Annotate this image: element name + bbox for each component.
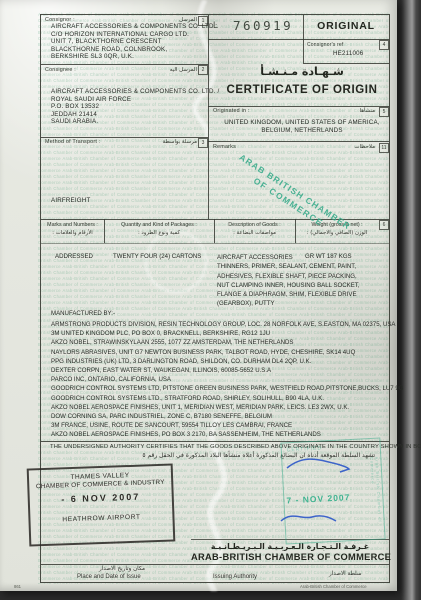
goods-header-description-en: Description of Goods : [214, 222, 295, 228]
text-line: NUT CLAMPING INNER, HOUSING BALL SOCKET, [217, 281, 360, 290]
text-line: FLANGE & DIAPHRAGM, SHIM, FLEXIBLE DRIVE [217, 290, 360, 299]
signature-top [283, 453, 353, 475]
goods-weight-value: GR WT 187 KGS [305, 253, 352, 260]
consignee-top-rule [41, 64, 208, 65]
footer-top-rule [41, 564, 389, 565]
consignee-label-arabic: المرسل اليه [170, 67, 197, 73]
stamp-line4: HEATHROW AIRPORT [30, 513, 172, 525]
originated-in-label-arabic: منشأها [360, 108, 375, 114]
transport-value: AIRFREIGHT [51, 197, 90, 205]
serial-prefix: Ŀ [213, 20, 218, 30]
text-line: P.O. BOX 13532 [51, 103, 219, 111]
consignor-ref-label: Consignor's ref [307, 42, 343, 48]
goods-header-marks-ar: الأرقام والعلامات : [41, 230, 104, 236]
text-line: AIRCRAFT ACCESSORIES & COMPONENTS CO. LT… [51, 23, 216, 31]
goods-header-description: Description of Goods : مواصفات البضاعة : [214, 222, 295, 236]
certificate-title-arabic: شـهـادة مـنـشـأ [215, 65, 389, 78]
goods-header-description-ar: مواصفات البضاعة : [214, 230, 295, 236]
original-label: ORIGINAL [303, 20, 389, 32]
text-line: BELGIUM, NETHERLANDS [215, 127, 389, 135]
text-line: BERKSHIRE SL3 0QR, U.K. [51, 53, 216, 61]
text-line: AIRCRAFT ACCESSORIES & COMPONENTS CO. LT… [51, 88, 219, 96]
text-line: 3M FRANCE, USINE, ROUTE DE SANCOURT, 595… [51, 421, 403, 430]
box-number-2: 2 [198, 65, 208, 75]
goods-header-quantity-ar: كمية ونوع الطرود : [104, 230, 214, 236]
text-line: PARCO INC, ONTARIO, CALIFORNIA, USA [51, 375, 403, 384]
stamp-date: - 6 NOV 2007 [30, 491, 172, 506]
text-line: BLACKTHORNE ROAD, COLNBROOK, [51, 46, 216, 54]
goods-header-quantity-en: Quantity and Kind of Packages : [104, 222, 214, 228]
originated-bottom-rule [208, 141, 389, 142]
green-stamp-header: CERTIFIED [287, 442, 380, 453]
originated-in-countries: UNITED KINGDOM, UNITED STATES OF AMERICA… [215, 119, 389, 134]
text-line: UNITED KINGDOM, UNITED STATES OF AMERICA… [215, 119, 389, 127]
box-number-3: 3 [198, 138, 208, 148]
consignee-address: AIRCRAFT ACCESSORIES & COMPONENTS CO. LT… [51, 88, 219, 126]
goods-quantity-value: TWENTY FOUR (24) CARTONS [113, 253, 201, 260]
text-line: DEXTER CORPN, EAST WATER ST, WAUKEGAN, I… [51, 366, 403, 375]
text-line: C/O HORIZON INTERNATIONAL CARGO LTD. [51, 31, 216, 39]
text-line: 3M UNITED KINGDOM PLC, PO BOX 0, BRACKNE… [51, 329, 403, 338]
serial-row-divider [208, 39, 389, 40]
text-line: AKZO NOBEL AEROSPACE FINISHES, UNIT 1, M… [51, 403, 403, 412]
serial-number: 760919 [233, 18, 293, 33]
green-stamp-edge-text: Arab-British Chamber of Commerce [369, 457, 383, 539]
text-line: THINNERS, PRIMER, SEALANT, CEMENT, PAINT… [217, 262, 360, 271]
goods-header-marks-en: Marks and Numbers : [41, 222, 104, 228]
text-line: NAYLORS ABRASIVES, UNIT G7 NEWTON BUSINE… [51, 348, 403, 357]
consignor-ref-value: HE211006 [333, 50, 363, 58]
consignee-label: Consignee : [45, 67, 76, 73]
certificate-title: CERTIFICATE OF ORIGIN [215, 84, 389, 96]
text-line: GOODRICH CONTROL SYSTEMS LTD, PITSTONE G… [51, 384, 403, 393]
text-line: ADHESIVES, FLEXIBLE SHAFT, PIECE PACKING… [217, 272, 360, 281]
consignor-address: AIRCRAFT ACCESSORIES & COMPONENTS CO. LT… [51, 23, 216, 61]
text-line: ARMSTRONG PRODUCTS DIVISION, RESIN TECHN… [51, 320, 403, 329]
transport-label-arabic: مرسلة بواسطة [163, 139, 197, 145]
transport-label: Method of Transport : [45, 139, 100, 145]
goods-header-marks: Marks and Numbers : الأرقام والعلامات : [41, 222, 104, 236]
issuer-name: ARAB-BRITISH CHAMBER OF COMMERCE [191, 552, 389, 562]
goods-header-quantity: Quantity and Kind of Packages : كمية ونو… [104, 222, 214, 236]
issuing-authority-label-arabic: سلطة الاصدار [329, 571, 362, 577]
remarks-label-arabic: ملاحظات [354, 144, 375, 150]
box-number-11: 11 [379, 143, 389, 153]
text-line: GOODRICH CONTROL SYSTEMS LTD., STRATFORD… [51, 394, 403, 403]
text-line: DOW CORNING SA, PARC INDUSTRIEL, ZONE C,… [51, 412, 403, 421]
green-stamp-date: 7 - NOV 2007 [286, 490, 382, 505]
text-line: AKZO NOBEL, STRAWINSKYLAAN 2555, 1077 ZZ… [51, 338, 403, 347]
text-line: SAUDI ARABIA. [51, 118, 219, 126]
text-line: PPG INDUSTRIES (UK) LTD, 3 DARLINGTON RO… [51, 357, 403, 366]
goods-marks-value: ADDRESSED [55, 253, 93, 260]
goods-header-bottom-rule [41, 243, 389, 244]
place-date-label: Place and Date of Issue [77, 574, 141, 580]
text-line: UNIT 7, BLACKTHORNE CRESCENT [51, 38, 216, 46]
place-date-label-arabic: مكان وتاريخ الاصدار [99, 566, 145, 572]
thames-valley-chamber-stamp: THAMES VALLEY CHAMBER OF COMMERCE & INDU… [27, 463, 176, 546]
issuing-authority-label: Issuing Authority [213, 574, 257, 580]
manufacturers-list: ARMSTRONG PRODUCTS DIVISION, RESIN TECHN… [51, 320, 403, 440]
text-line: (GEARBOX), PUTTY [217, 299, 360, 308]
transport-top-rule [41, 137, 208, 138]
text-line: JEDDAH 21414 [51, 111, 219, 119]
goods-description: AIRCRAFT ACCESSORIESTHINNERS, PRIMER, SE… [217, 253, 360, 309]
originated-top-rule [208, 106, 389, 107]
text-line: ROYAL SAUDI AIR FORCE [51, 96, 219, 104]
manufactured-by-label: MANUFACTURED BY:- [51, 310, 115, 317]
form-code: 861 [14, 584, 21, 589]
box-number-5: 5 [379, 107, 389, 117]
originated-in-label: Originated in : [213, 108, 250, 114]
remarks-label: Remarks [213, 144, 236, 150]
signature-bottom [278, 508, 340, 526]
box-number-4: 4 [379, 40, 389, 50]
certificate-paper: Arab-British Chamber of Commerce Arab-Br… [0, 0, 397, 591]
printer-imprint: Arab-British Chamber of Commerce [300, 584, 367, 589]
ref-box-divider [303, 63, 389, 64]
box-number-6: 6 [379, 220, 389, 230]
